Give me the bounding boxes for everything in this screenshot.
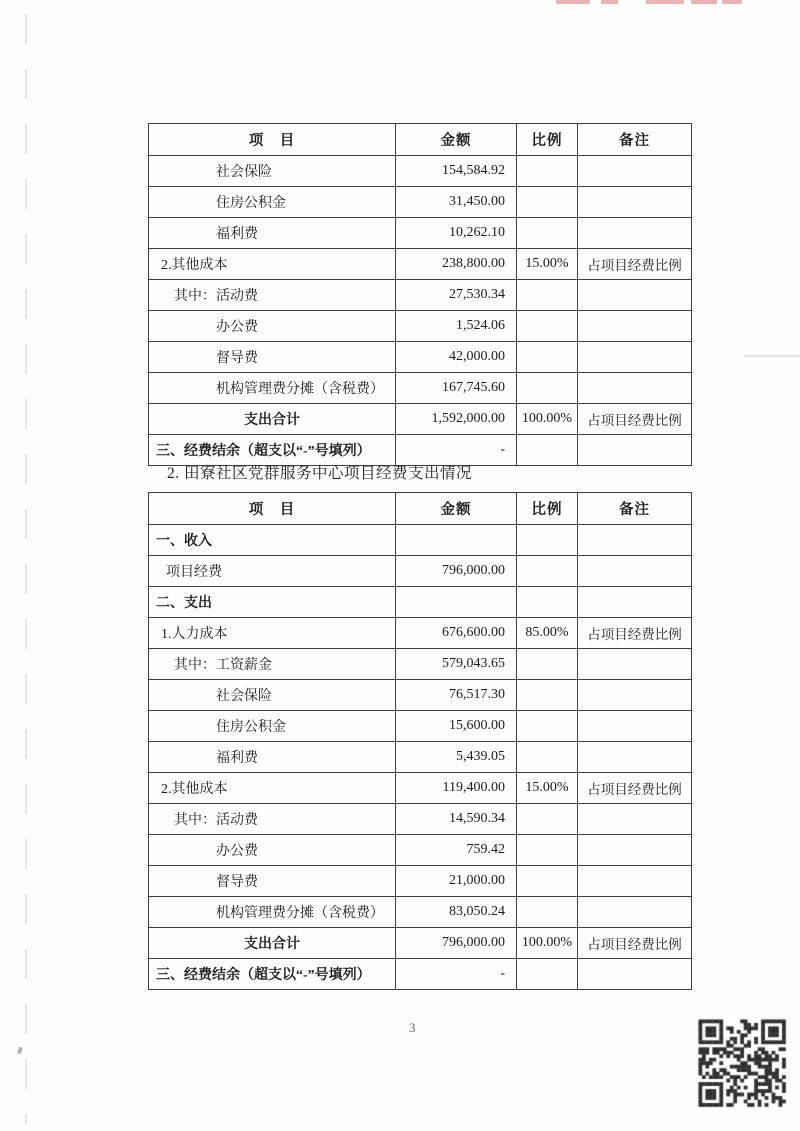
cell-amount [396, 587, 517, 618]
cell-ratio [517, 866, 578, 897]
table-header-row: 项 目金额比例备注 [149, 493, 692, 525]
cell-amount: 796,000.00 [396, 928, 517, 959]
cell-amount: 14,590.34 [396, 804, 517, 835]
top-edge-red-mark [601, 0, 618, 4]
table-row: 督导费21,000.00 [149, 866, 692, 897]
cell-amount: 10,262.10 [396, 218, 517, 249]
cell-note: 占项目经费比例 [578, 249, 692, 280]
cell-note [578, 804, 692, 835]
page-number: 3 [409, 1020, 416, 1036]
expenditure-table-1: 项 目金额比例备注社会保险154,584.92住房公积金31,450.00福利费… [148, 123, 692, 466]
cell-note [578, 373, 692, 404]
cell-amount: 167,745.60 [396, 373, 517, 404]
cell-note [578, 556, 692, 587]
cell-amount: 21,000.00 [396, 866, 517, 897]
table-row: 其中：活动费14,590.34 [149, 804, 692, 835]
cell-ratio: 85.00% [517, 618, 578, 649]
column-header-item: 项 目 [149, 493, 396, 525]
cell-note [578, 742, 692, 773]
column-header-ratio: 比例 [517, 124, 578, 156]
cell-note [578, 187, 692, 218]
table-row: 督导费42,000.00 [149, 342, 692, 373]
table-row: 社会保险76,517.30 [149, 680, 692, 711]
cell-item: 1.人力成本 [149, 618, 396, 649]
cell-note [578, 311, 692, 342]
cell-ratio: 15.00% [517, 249, 578, 280]
column-header-note: 备注 [578, 124, 692, 156]
cell-ratio [517, 587, 578, 618]
column-header-ratio: 比例 [517, 493, 578, 525]
cell-item: 社会保险 [149, 156, 396, 187]
cell-item: 一、收入 [149, 525, 396, 556]
cell-ratio [517, 280, 578, 311]
cell-item: 其中：活动费 [149, 804, 396, 835]
cell-note [578, 218, 692, 249]
cell-item: 项目经费 [149, 556, 396, 587]
cell-ratio [517, 525, 578, 556]
cell-item: 办公费 [149, 835, 396, 866]
cell-note: 占项目经费比例 [578, 773, 692, 804]
cell-amount [396, 525, 517, 556]
cell-item: 支出合计 [149, 404, 396, 435]
cell-item: 机构管理费分摊（含税费） [149, 897, 396, 928]
cell-amount: 579,043.65 [396, 649, 517, 680]
table-row: 机构管理费分摊（含税费）167,745.60 [149, 373, 692, 404]
cell-note [578, 649, 692, 680]
cell-ratio [517, 556, 578, 587]
cell-item: 其中：活动费 [149, 280, 396, 311]
cell-item: 其中：工资薪金 [149, 649, 396, 680]
cell-item: 二、支出 [149, 587, 396, 618]
cell-item: 2.其他成本 [149, 773, 396, 804]
cell-note [578, 280, 692, 311]
table-row: 支出合计796,000.00100.00%占项目经费比例 [149, 928, 692, 959]
cell-ratio [517, 742, 578, 773]
table-row: 办公费1,524.06 [149, 311, 692, 342]
column-header-amount: 金额 [396, 124, 517, 156]
table-row: 项目经费796,000.00 [149, 556, 692, 587]
cell-amount: 1,524.06 [396, 311, 517, 342]
cell-item: 住房公积金 [149, 187, 396, 218]
cell-note: 占项目经费比例 [578, 618, 692, 649]
cell-ratio [517, 897, 578, 928]
cell-note [578, 680, 692, 711]
cell-ratio: 100.00% [517, 404, 578, 435]
table-row: 二、支出 [149, 587, 692, 618]
cell-item: 办公费 [149, 311, 396, 342]
cell-item: 机构管理费分摊（含税费） [149, 373, 396, 404]
cell-ratio [517, 218, 578, 249]
cell-item: 福利费 [149, 742, 396, 773]
cell-item: 2.其他成本 [149, 249, 396, 280]
table-row: 支出合计1,592,000.00100.00%占项目经费比例 [149, 404, 692, 435]
cell-note [578, 866, 692, 897]
cell-ratio [517, 373, 578, 404]
cell-note [578, 342, 692, 373]
table-row: 福利费5,439.05 [149, 742, 692, 773]
cell-ratio [517, 835, 578, 866]
table-row: 其中：活动费27,530.34 [149, 280, 692, 311]
cell-note [578, 525, 692, 556]
table-row: 办公费759.42 [149, 835, 692, 866]
cell-note [578, 156, 692, 187]
qr-code [695, 1016, 789, 1110]
cell-ratio [517, 187, 578, 218]
section-heading: 2. 田寮社区党群服务中心项目经费支出情况 [167, 461, 472, 483]
cell-amount: 83,050.24 [396, 897, 517, 928]
top-edge-red-mark [722, 0, 742, 4]
cell-amount: 119,400.00 [396, 773, 517, 804]
table-header-row: 项 目金额比例备注 [149, 124, 692, 156]
left-edge-dashed-fold-mark [25, 14, 27, 1124]
table-row: 住房公积金31,450.00 [149, 187, 692, 218]
cell-note [578, 587, 692, 618]
cell-item: 福利费 [149, 218, 396, 249]
scanned-document-page: 项 目金额比例备注社会保险154,584.92住房公积金31,450.00福利费… [0, 0, 800, 1131]
cell-ratio [517, 342, 578, 373]
cell-item: 住房公积金 [149, 711, 396, 742]
cell-amount: 42,000.00 [396, 342, 517, 373]
cell-item: 社会保险 [149, 680, 396, 711]
table-row: 2.其他成本119,400.0015.00%占项目经费比例 [149, 773, 692, 804]
cell-note: 占项目经费比例 [578, 928, 692, 959]
column-header-amount: 金额 [396, 493, 517, 525]
cell-ratio [517, 649, 578, 680]
cell-note [578, 435, 692, 466]
expenditure-table-2: 项 目金额比例备注一、收入项目经费796,000.00二、支出1.人力成本676… [148, 492, 692, 990]
cell-amount: 27,530.34 [396, 280, 517, 311]
scan-speck [17, 1047, 23, 1055]
column-header-item: 项 目 [149, 124, 396, 156]
cell-ratio: 15.00% [517, 773, 578, 804]
table-row: 1.人力成本676,600.0085.00%占项目经费比例 [149, 618, 692, 649]
table-row: 福利费10,262.10 [149, 218, 692, 249]
cell-ratio [517, 156, 578, 187]
cell-ratio [517, 711, 578, 742]
cell-note [578, 897, 692, 928]
cell-item: 督导费 [149, 866, 396, 897]
table-row: 一、收入 [149, 525, 692, 556]
right-edge-faint-line [744, 355, 800, 357]
cell-amount: 31,450.00 [396, 187, 517, 218]
cell-item: 支出合计 [149, 928, 396, 959]
cell-ratio [517, 959, 578, 990]
cell-ratio [517, 804, 578, 835]
top-edge-red-mark [691, 0, 717, 4]
cell-amount: 238,800.00 [396, 249, 517, 280]
cell-amount: 154,584.92 [396, 156, 517, 187]
cell-amount: - [396, 959, 517, 990]
table-row: 其中：工资薪金579,043.65 [149, 649, 692, 680]
top-edge-red-mark [646, 0, 684, 4]
cell-amount: 796,000.00 [396, 556, 517, 587]
table-row: 住房公积金15,600.00 [149, 711, 692, 742]
cell-note [578, 959, 692, 990]
table-row: 三、经费结余（超支以“-”号填列）- [149, 959, 692, 990]
cell-amount: 1,592,000.00 [396, 404, 517, 435]
cell-item: 三、经费结余（超支以“-”号填列） [149, 959, 396, 990]
cell-note: 占项目经费比例 [578, 404, 692, 435]
table-row: 2.其他成本238,800.0015.00%占项目经费比例 [149, 249, 692, 280]
column-header-note: 备注 [578, 493, 692, 525]
table-row: 机构管理费分摊（含税费）83,050.24 [149, 897, 692, 928]
table-row: 社会保险154,584.92 [149, 156, 692, 187]
cell-ratio: 100.00% [517, 928, 578, 959]
cell-amount: 5,439.05 [396, 742, 517, 773]
cell-note [578, 711, 692, 742]
cell-ratio [517, 680, 578, 711]
cell-amount: 76,517.30 [396, 680, 517, 711]
cell-item: 督导费 [149, 342, 396, 373]
cell-ratio [517, 435, 578, 466]
cell-amount: 15,600.00 [396, 711, 517, 742]
cell-amount: 759.42 [396, 835, 517, 866]
top-edge-red-mark [556, 0, 590, 4]
cell-note [578, 835, 692, 866]
cell-ratio [517, 311, 578, 342]
cell-amount: 676,600.00 [396, 618, 517, 649]
